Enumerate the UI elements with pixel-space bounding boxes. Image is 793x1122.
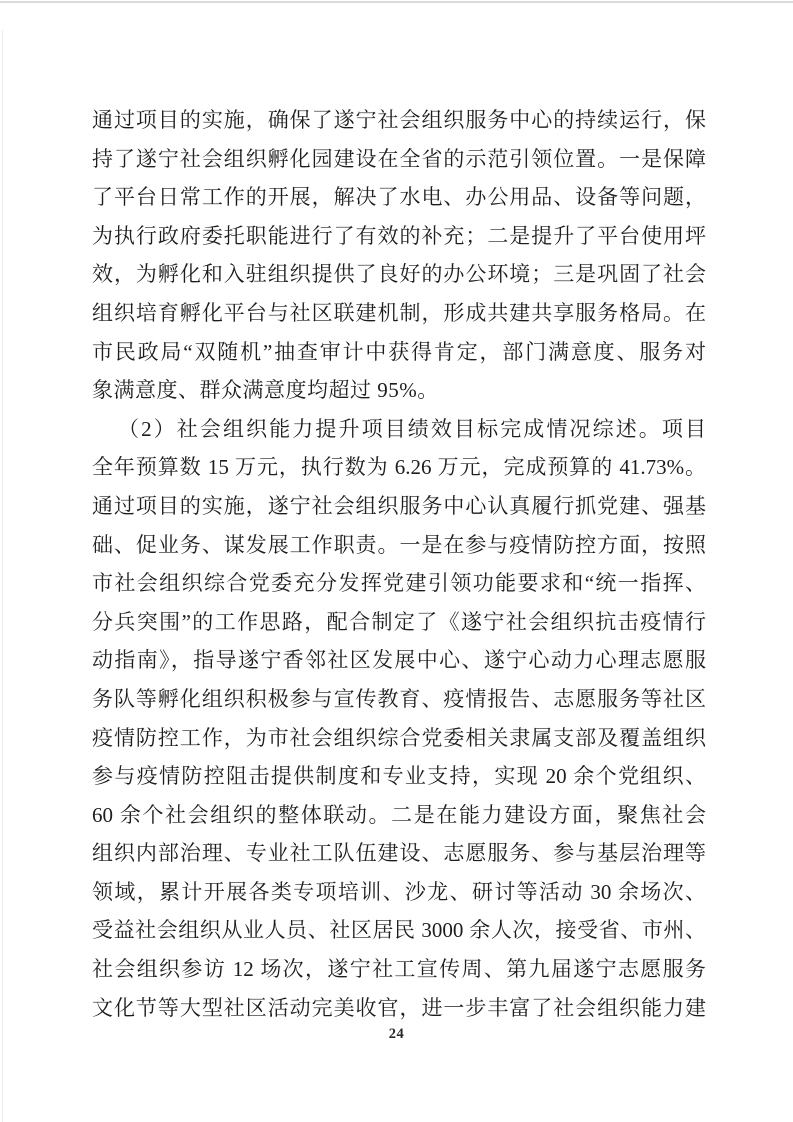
- text-line: 效，为孵化和入驻组织提供了良好的办公环境；三是巩固了社会: [92, 255, 706, 294]
- document-page: 通过项目的实施，确保了遂宁社会组织服务中心的持续运行，保 持了遂宁社会组织孵化园…: [0, 0, 793, 1122]
- text-line: 通过项目的实施，确保了遂宁社会组织服务中心的持续运行，保: [92, 101, 706, 140]
- text-line: 市社会组织综合党委充分发挥党建引领功能要求和“统一指挥、: [92, 564, 706, 603]
- text-line-paragraph-start: （2）社会组织能力提升项目绩效目标完成情况综述。项目: [92, 410, 706, 449]
- text-line: 动指南》，指导遂宁香邻社区发展中心、遂宁心动力心理志愿服: [92, 641, 706, 680]
- text-line: 疫情防控工作，为市社会组织综合党委相关隶属支部及覆盖组织: [92, 719, 706, 758]
- text-line-paragraph-end: 象满意度、群众满意度均超过 95%。: [92, 371, 706, 410]
- text-line: 受益社会组织从业人员、社区居民 3000 余人次，接受省、市州、: [92, 911, 706, 950]
- text-line: 市民政局“双随机”抽查审计中获得肯定，部门满意度、服务对: [92, 333, 706, 372]
- text-line: 础、促业务、谋发展工作职责。一是在参与疫情防控方面，按照: [92, 526, 706, 565]
- text-line: 持了遂宁社会组织孵化园建设在全省的示范引领位置。一是保障: [92, 140, 706, 179]
- text-line: 参与疫情防控阻击提供制度和专业支持，实现 20 余个党组织、: [92, 757, 706, 796]
- document-body-text: 通过项目的实施，确保了遂宁社会组织服务中心的持续运行，保 持了遂宁社会组织孵化园…: [92, 101, 706, 1027]
- text-line: 组织培育孵化平台与社区联建机制，形成共建共享服务格局。在: [92, 294, 706, 333]
- text-line: 文化节等大型社区活动完美收官，进一步丰富了社会组织能力建: [92, 989, 706, 1028]
- scan-artifact-left-edge: [2, 30, 3, 1122]
- text-line: 领域，累计开展各类专项培训、沙龙、研讨等活动 30 余场次、: [92, 873, 706, 912]
- text-line: 分兵突围”的工作思路，配合制定了《遂宁社会组织抗击疫情行: [92, 603, 706, 642]
- scan-artifact-top-edge: [0, 1, 793, 3]
- text-line: 通过项目的实施，遂宁社会组织服务中心认真履行抓党建、强基: [92, 487, 706, 526]
- text-line: 为执行政府委托职能进行了有效的补充；二是提升了平台使用坪: [92, 217, 706, 256]
- text-line: 全年预算数 15 万元，执行数为 6.26 万元，完成预算的 41.73%。: [92, 448, 706, 487]
- text-line: 组织内部治理、专业社工队伍建设、志愿服务、参与基层治理等: [92, 834, 706, 873]
- text-line: 60 余个社会组织的整体联动。二是在能力建设方面，聚焦社会: [92, 796, 706, 835]
- text-line: 社会组织参访 12 场次，遂宁社工宣传周、第九届遂宁志愿服务: [92, 950, 706, 989]
- page-number: 24: [0, 1026, 793, 1043]
- text-line: 了平台日常工作的开展，解决了水电、办公用品、设备等问题，: [92, 178, 706, 217]
- text-line: 务队等孵化组织积极参与宣传教育、疫情报告、志愿服务等社区: [92, 680, 706, 719]
